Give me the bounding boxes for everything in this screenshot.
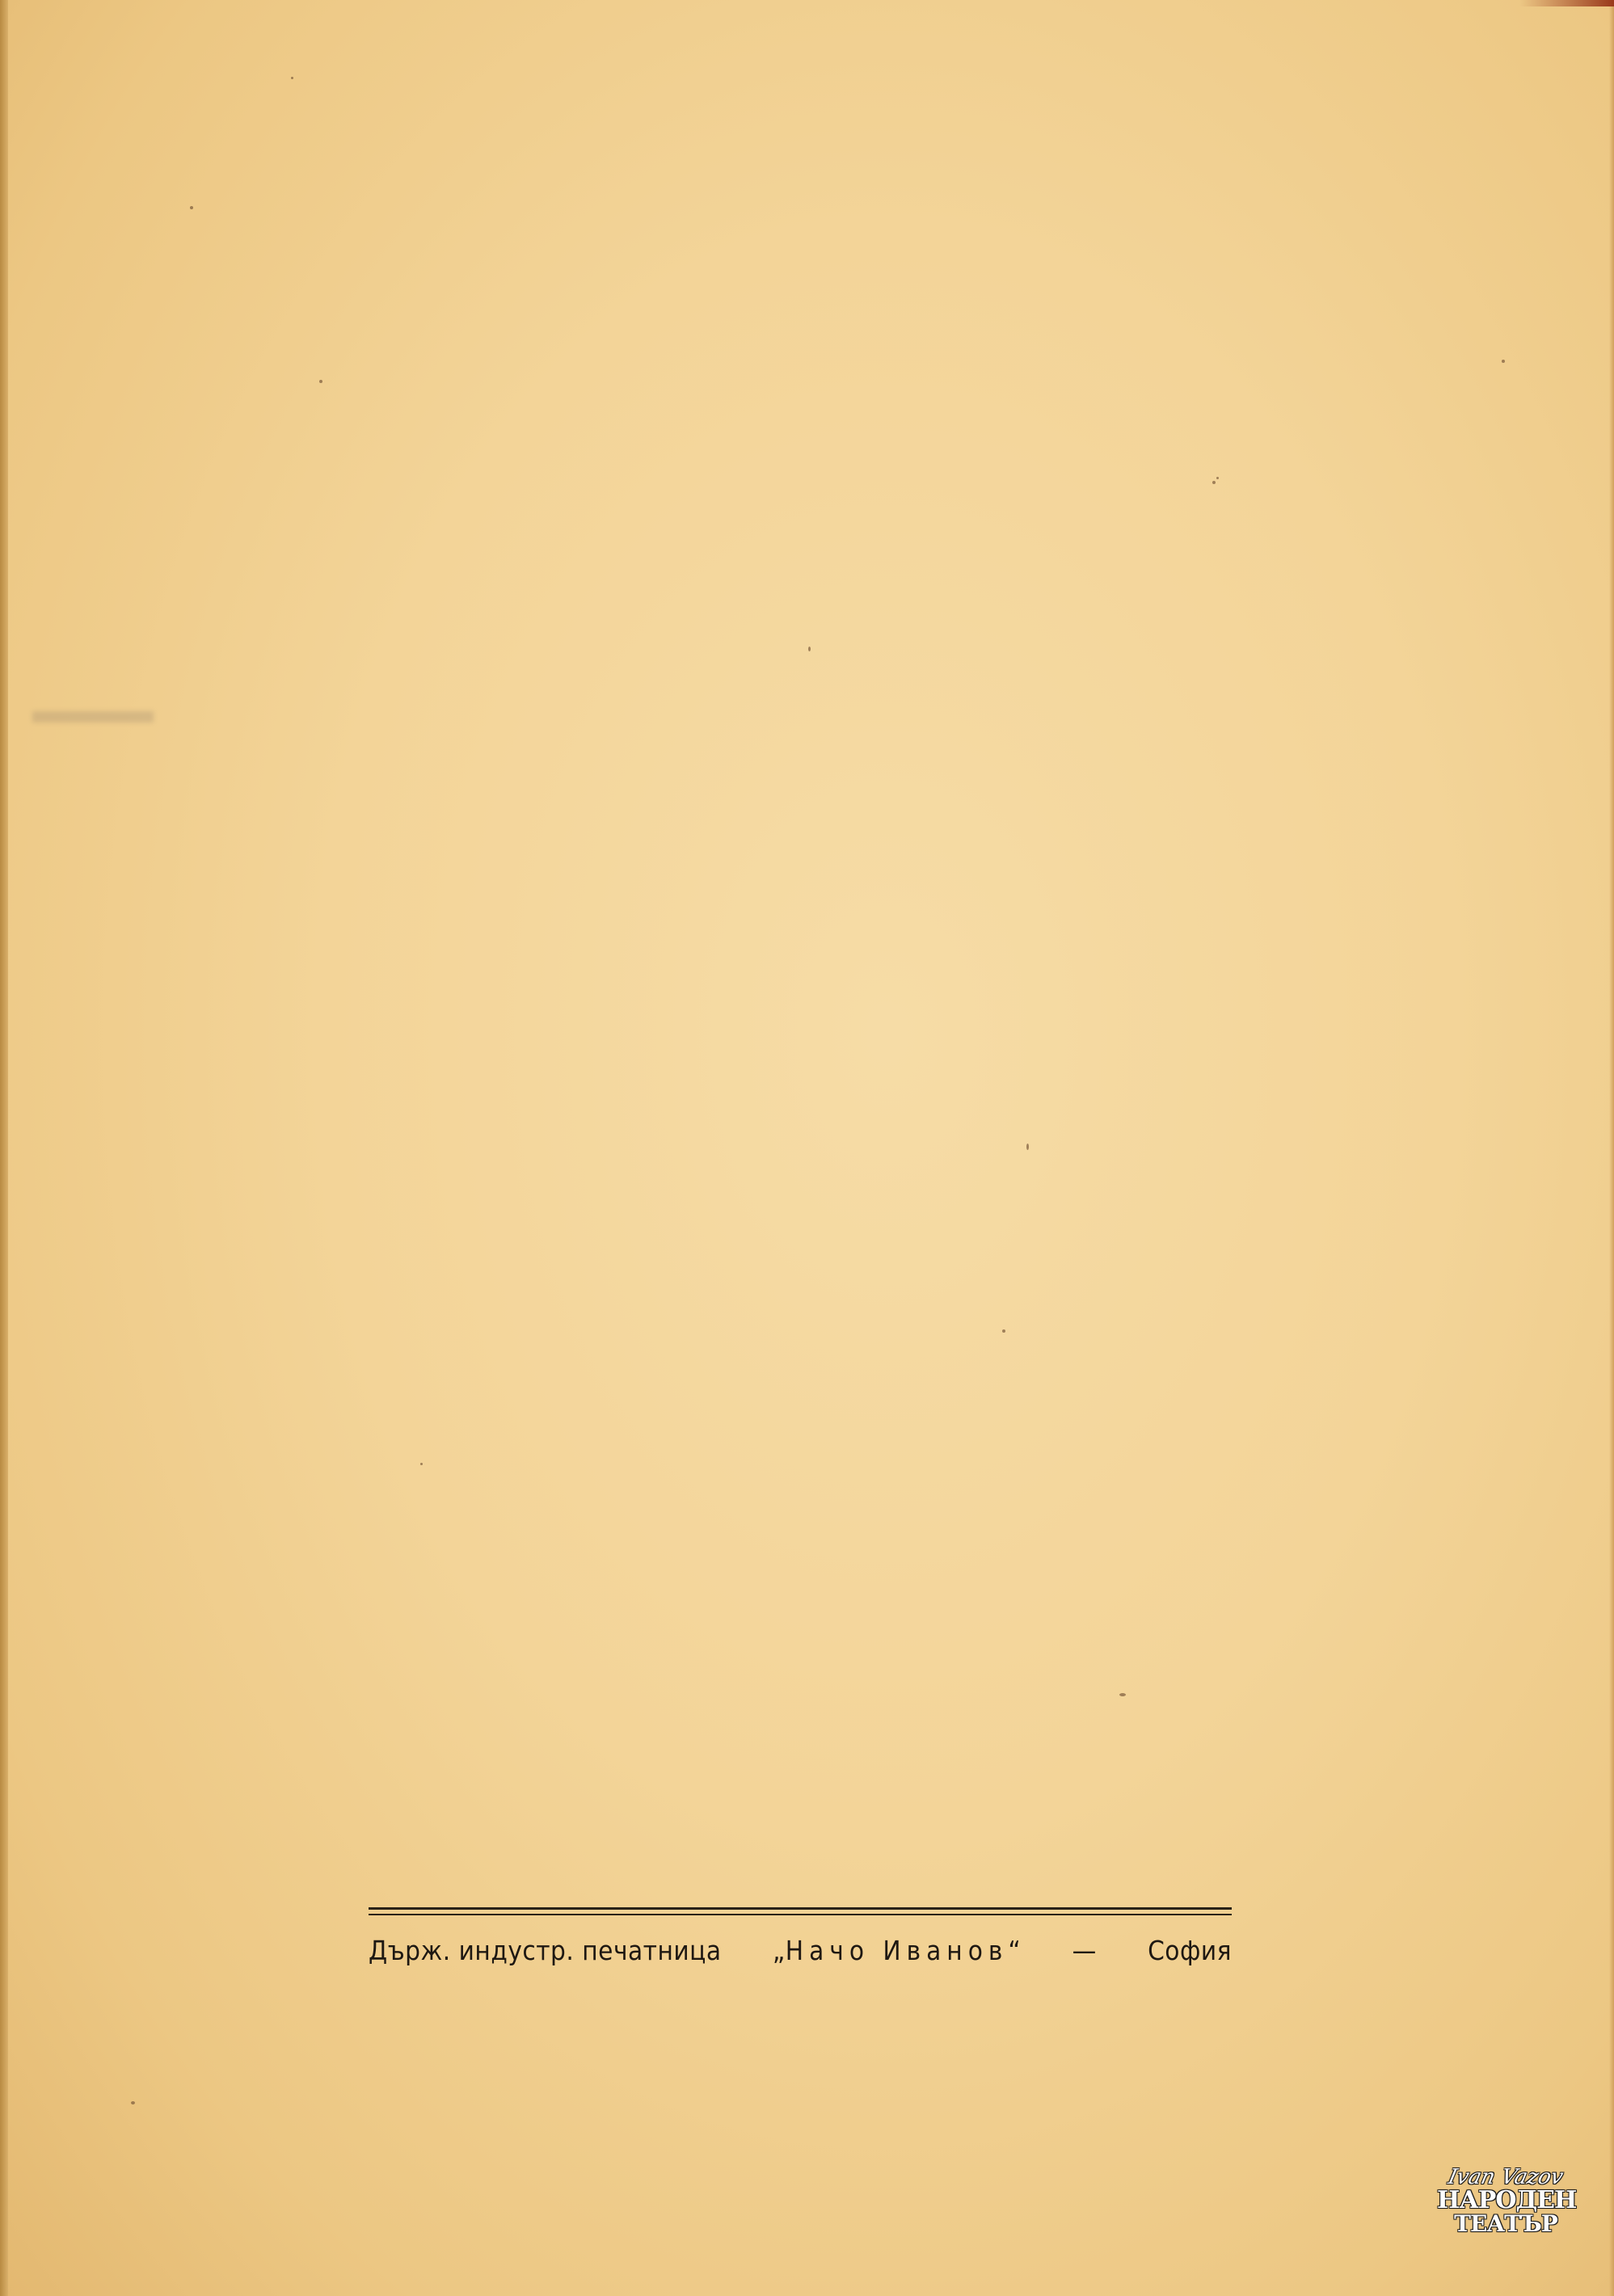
- imprint-rule-bottom: [369, 1914, 1232, 1915]
- imprint-text: Държ. индустр. печатница „Начо Иванов“ —…: [369, 1935, 1232, 1966]
- paper-smudge: [32, 711, 154, 723]
- paper-speck: [131, 2101, 135, 2104]
- imprint-city: София: [1148, 1935, 1232, 1966]
- paper-speck: [190, 206, 193, 209]
- paper-speck: [1216, 477, 1219, 479]
- imprint-printer: Държ. индустр. печатница: [369, 1935, 722, 1966]
- scanned-page: Държ. индустр. печатница „Начо Иванов“ —…: [0, 0, 1614, 2296]
- paper-speck: [1502, 360, 1505, 363]
- logo-signature: Ivan Vazov: [1435, 2166, 1577, 2189]
- cover-edge-red: [1519, 0, 1614, 6]
- page-right-edge: [1609, 0, 1614, 2296]
- logo-line-naroden: НАРОДЕН: [1437, 2189, 1574, 2213]
- paper-speck: [319, 380, 322, 383]
- paper-speck: [1119, 1693, 1126, 1696]
- imprint-printer-name: „Начо Иванов“: [773, 1935, 1021, 1966]
- national-theatre-logo: Ivan Vazov НАРОДЕН ТЕАТЪР: [1437, 2166, 1574, 2235]
- imprint-rule-top: [369, 1907, 1232, 1910]
- paper-speck: [1026, 1144, 1029, 1150]
- paper-speck: [291, 77, 293, 79]
- printer-imprint: Държ. индустр. печатница „Начо Иванов“ —…: [369, 1907, 1232, 1966]
- imprint-dash: —: [1072, 1935, 1097, 1966]
- paper-speck: [1002, 1329, 1005, 1333]
- logo-line-teatar: ТЕАТЪР: [1437, 2213, 1574, 2235]
- paper-speck: [808, 647, 811, 651]
- page-left-edge: [0, 0, 8, 2296]
- paper-speck: [1212, 481, 1216, 484]
- quote-close: “: [1008, 1935, 1021, 1966]
- printer-name: Начо Иванов: [786, 1935, 1009, 1966]
- quote-open: „: [773, 1935, 786, 1966]
- paper-speck: [420, 1463, 423, 1465]
